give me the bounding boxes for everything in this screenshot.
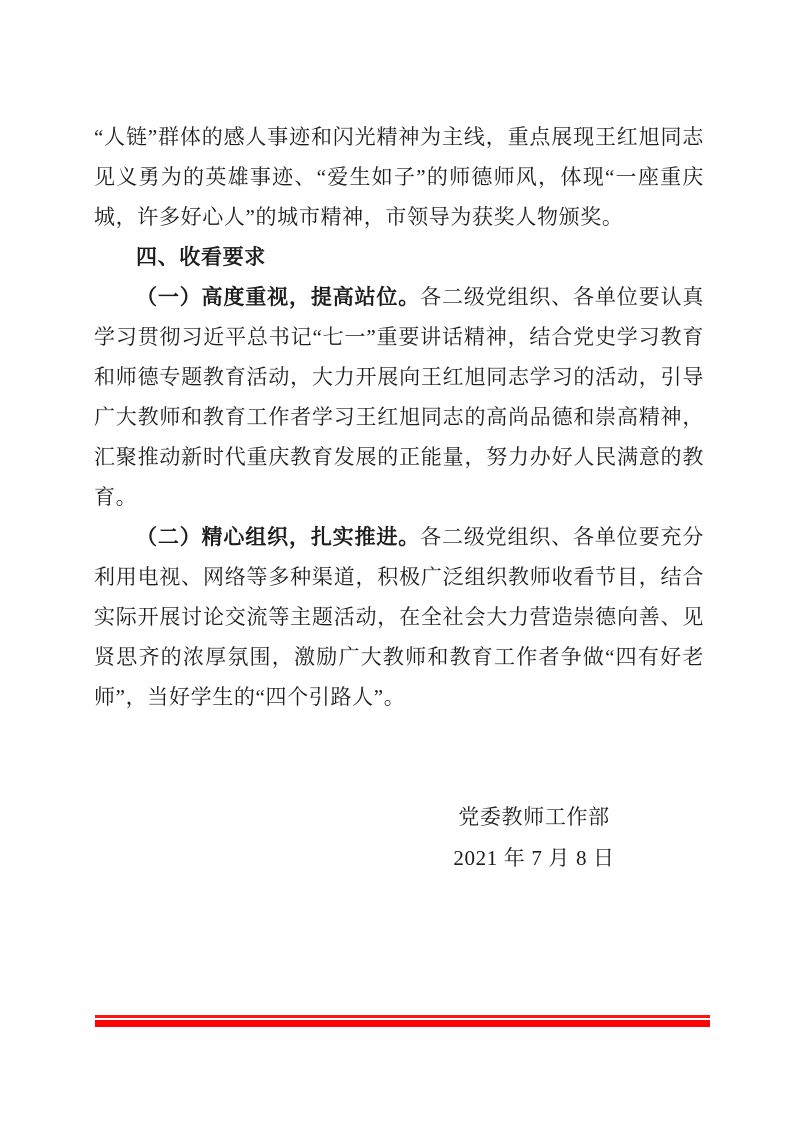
document-page: “人链”群体的感人事迹和闪光精神为主线，重点展现王红旭同志见义勇为的英雄事迹、“… <box>0 0 793 1122</box>
signature-department: 党委教师工作部 <box>414 797 654 838</box>
item-1-body: 各二级党组织、各单位要认真学习贯彻习近平总书记“七一”重要讲话精神，结合党史学习… <box>94 285 704 509</box>
item-2-paragraph: （二）精心组织，扎实推进。各二级党组织、各单位要充分利用电视、网络等多种渠道，积… <box>94 517 704 717</box>
document-text-block: “人链”群体的感人事迹和闪光精神为主线，重点展现王红旭同志见义勇为的英雄事迹、“… <box>94 117 704 717</box>
item-1-lead: （一）高度重视，提高站位。 <box>136 285 420 309</box>
footer-red-divider-thick-line <box>95 1020 710 1027</box>
continued-paragraph: “人链”群体的感人事迹和闪光精神为主线，重点展现王红旭同志见义勇为的英雄事迹、“… <box>94 117 704 237</box>
signature-date: 2021 年 7 月 8 日 <box>414 838 654 879</box>
item-2-lead: （二）精心组织，扎实推进。 <box>136 525 420 549</box>
signature-block: 党委教师工作部 2021 年 7 月 8 日 <box>414 797 654 879</box>
section-heading: 四、收看要求 <box>94 237 704 277</box>
footer-red-divider <box>95 1015 710 1027</box>
item-1-paragraph: （一）高度重视，提高站位。各二级党组织、各单位要认真学习贯彻习近平总书记“七一”… <box>94 277 704 517</box>
item-2-body: 各二级党组织、各单位要充分利用电视、网络等多种渠道，积极广泛组织教师收看节目，结… <box>94 525 704 709</box>
